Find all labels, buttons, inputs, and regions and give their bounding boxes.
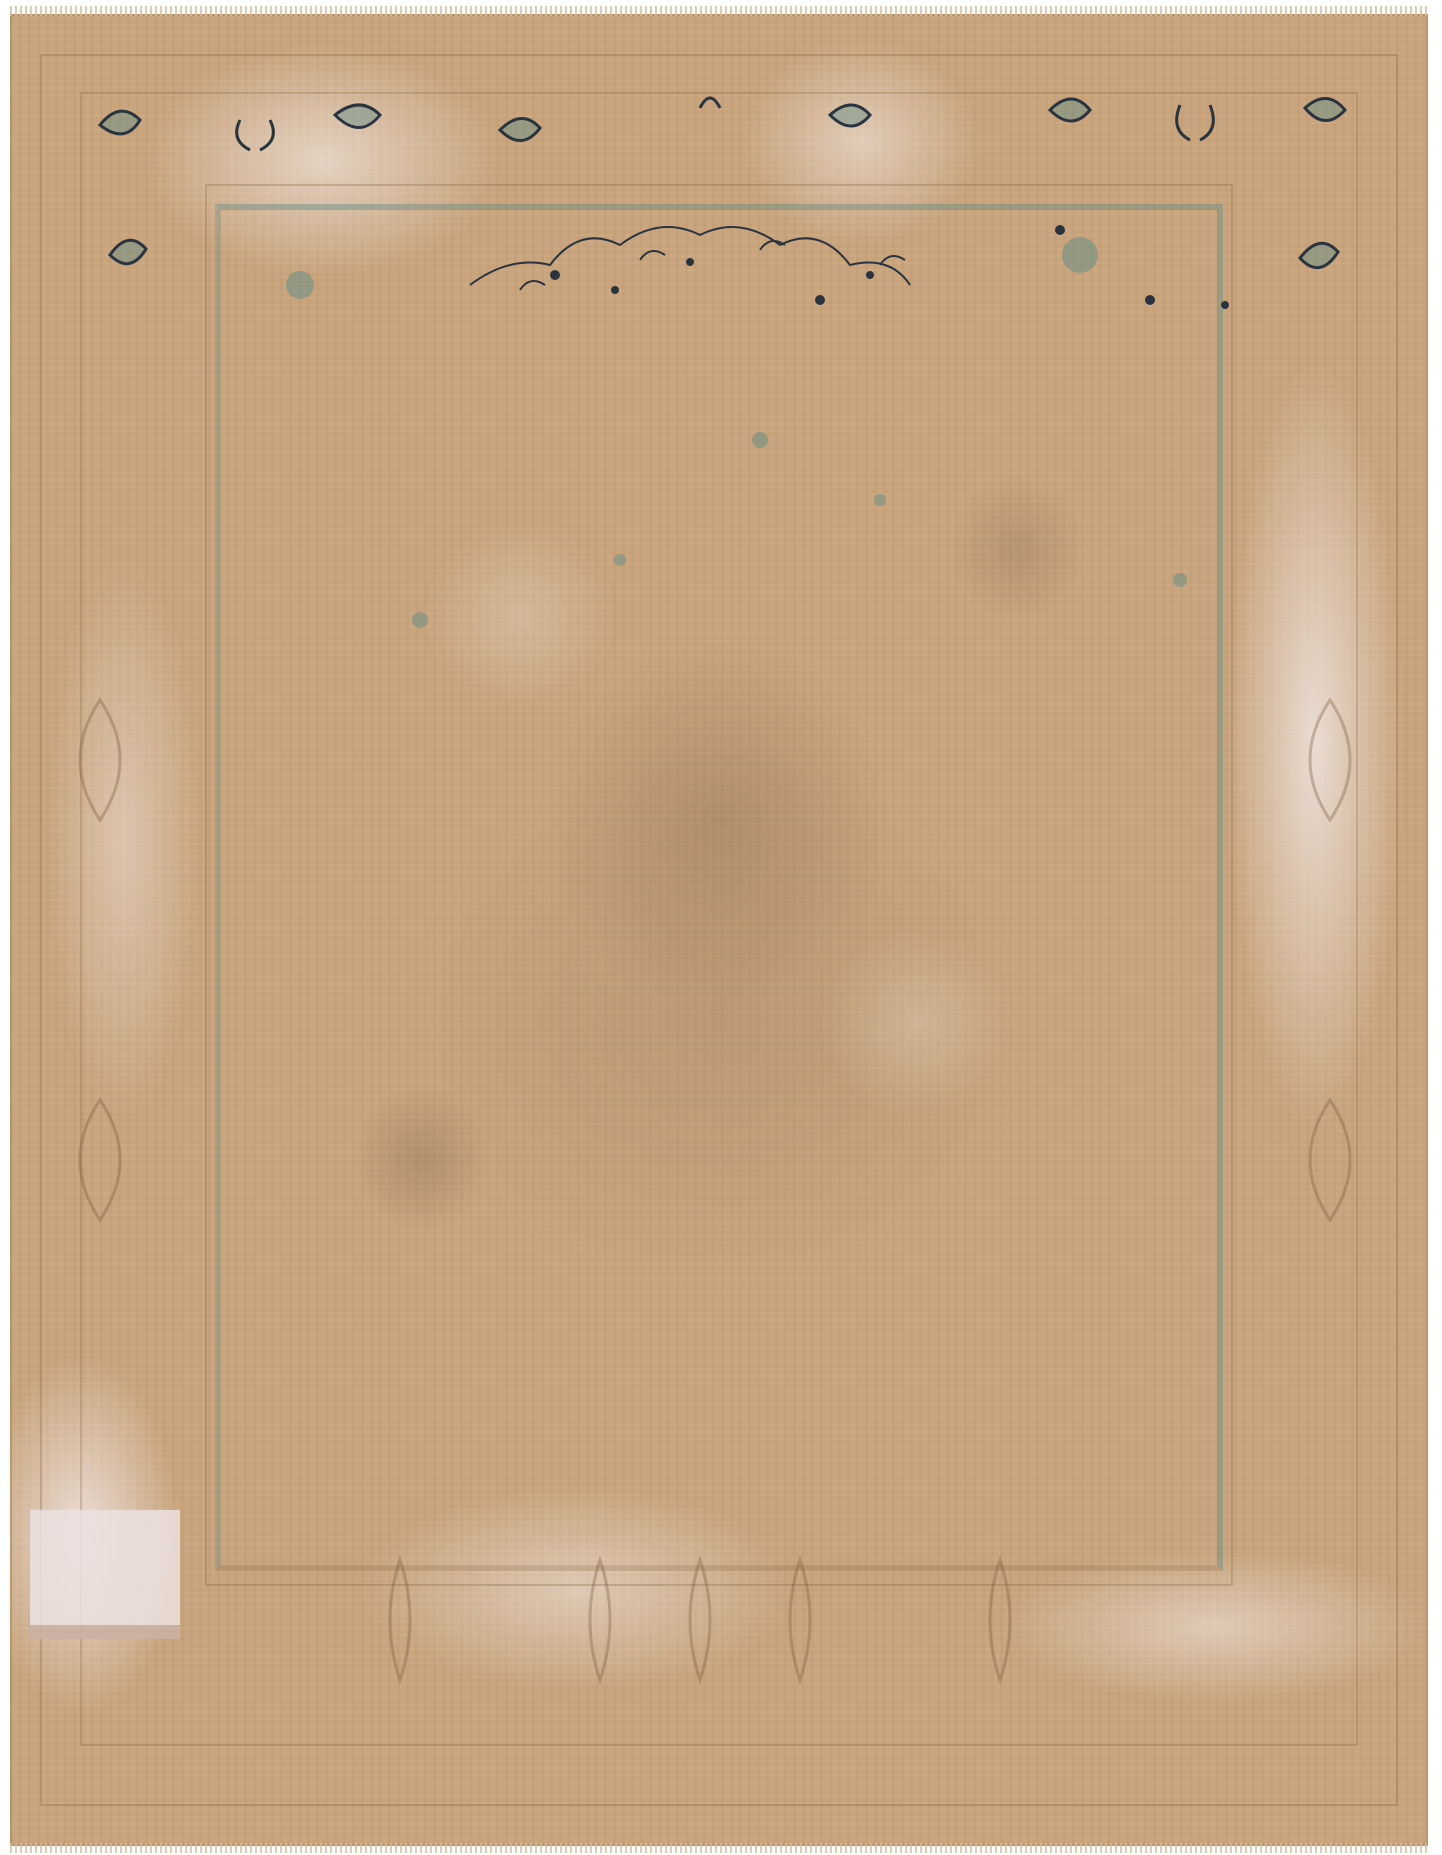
rug-field <box>222 211 1216 1564</box>
rug-photo <box>10 14 1428 1846</box>
top-fringe <box>10 6 1428 16</box>
bottom-fringe <box>10 1843 1428 1853</box>
worn-patch <box>30 1510 180 1639</box>
